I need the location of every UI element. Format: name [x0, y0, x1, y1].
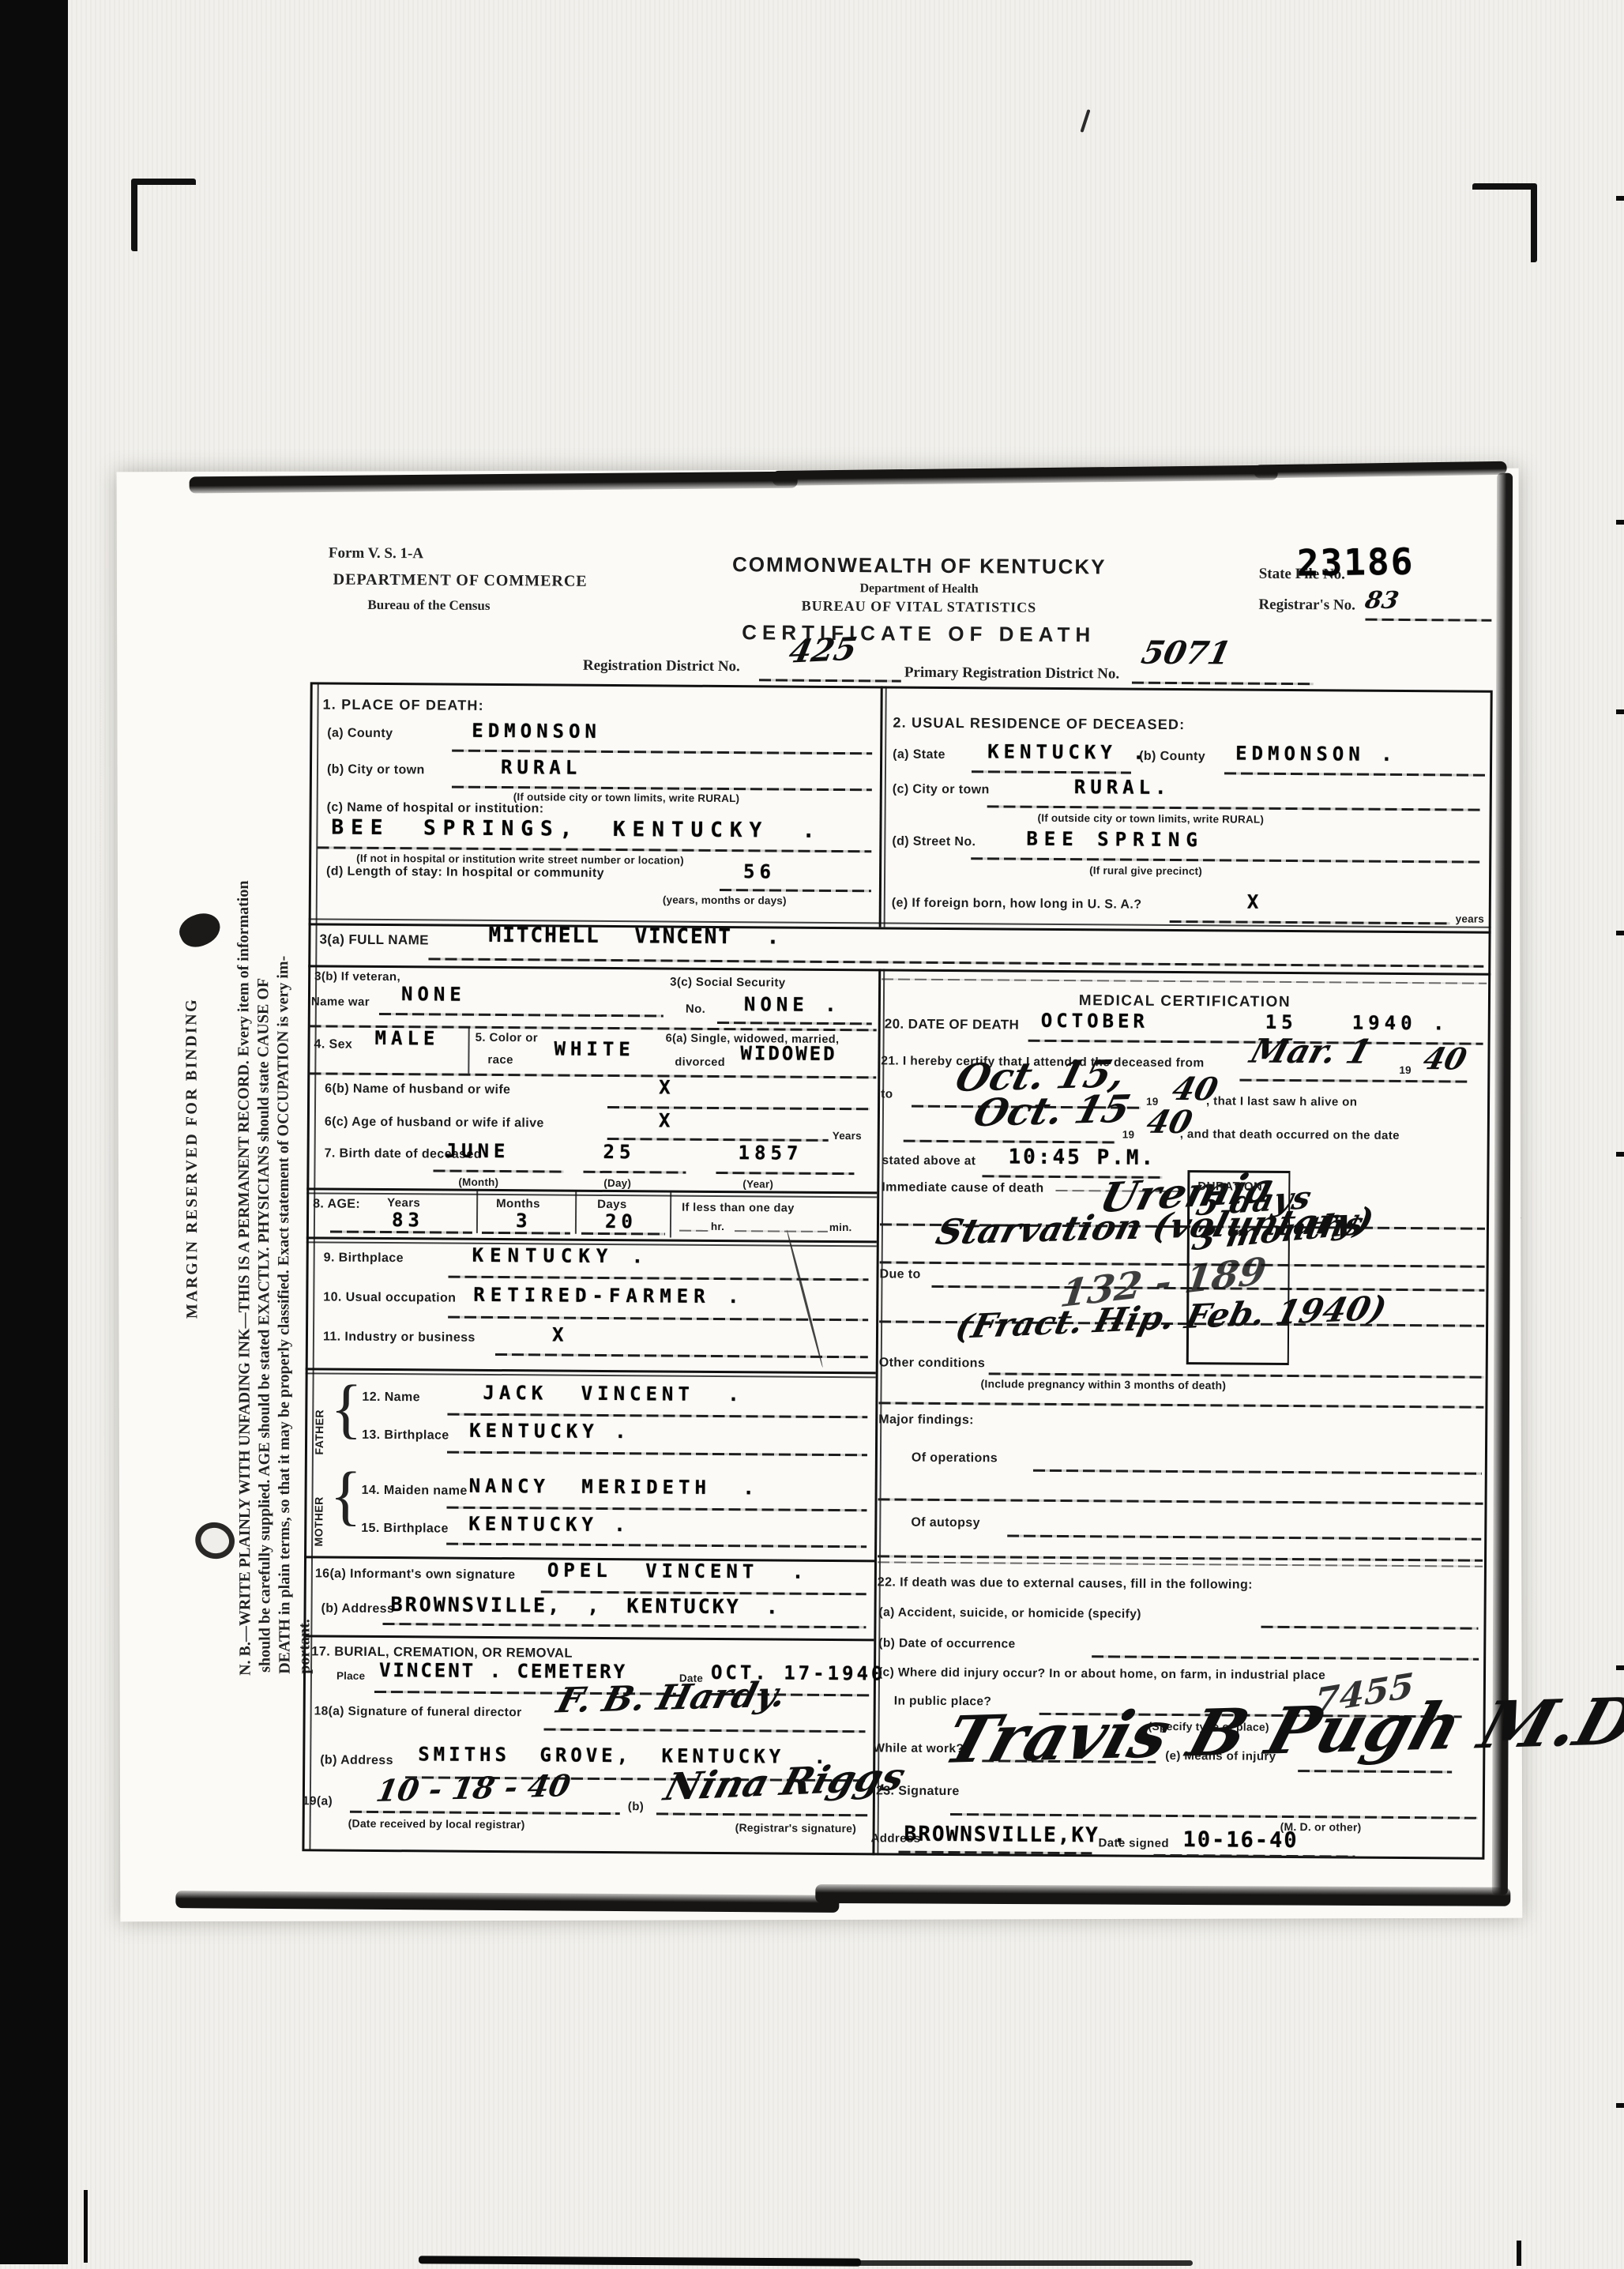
age-hr-line — [679, 1230, 709, 1232]
pod-hospital-label: (c) Name of hospital or institution: — [327, 800, 544, 816]
res-city-label: (c) City or town — [893, 782, 990, 797]
res-foreign-label: (e) If foreign born, how long in U. S. A… — [892, 896, 1142, 912]
place-of-death-title: 1. PLACE OF DEATH: — [322, 696, 483, 713]
pod-hospital-note: (If not in hospital or institution write… — [356, 852, 684, 867]
spouse-age-suffix: Years — [833, 1130, 862, 1142]
operations-label: Of operations — [912, 1451, 998, 1466]
reg-district-value: 425 — [786, 630, 860, 671]
pod-stay-value: 56 — [743, 860, 776, 882]
birth-month: JUNE — [445, 1140, 510, 1163]
res-county-label: (b) County — [1139, 750, 1205, 765]
birthplace-value: KENTUCKY . — [472, 1244, 650, 1268]
film-edge-bar-left — [0, 0, 68, 2264]
registrar-no-value: 83 — [1363, 587, 1400, 615]
color-label-2: race — [487, 1053, 513, 1067]
age-days-value: 20 — [605, 1210, 637, 1232]
informant-signature-label: 16(a) Informant's own signature — [315, 1567, 516, 1582]
father-name-value: JACK VINCENT . — [483, 1382, 743, 1405]
age-label: 8. AGE: — [313, 1197, 360, 1211]
death-time-value: 10:45 P.M. — [1008, 1146, 1156, 1170]
res-county-value: EDMONSON . — [1235, 743, 1397, 766]
age-hr-label: hr. — [711, 1221, 724, 1232]
full-name-label: 3(a) FULL NAME — [319, 931, 429, 948]
residence-title: 2. USUAL RESIDENCE OF DECEASED: — [893, 714, 1185, 733]
birth-month-note: (Month) — [458, 1176, 498, 1188]
mother-section-label: MOTHER — [312, 1469, 325, 1546]
res-city-value: RURAL. — [1074, 776, 1171, 799]
stated-label: stated above at — [882, 1153, 976, 1168]
funeral-director-label: 18(a) Signature of funeral director — [314, 1704, 522, 1720]
veteran-label-1: 3(b) If veteran, — [314, 969, 400, 984]
film-tick-bottom-left — [84, 2190, 88, 2263]
husband-label: 6(b) Name of husband or wife — [325, 1082, 510, 1097]
father-brace: { — [330, 1376, 363, 1443]
birthplace-label: 9. Birthplace — [324, 1251, 404, 1266]
certify-text-2: , that I last saw h alive on — [1206, 1094, 1357, 1108]
ssn-label-1: 3(c) Social Security — [670, 976, 786, 990]
attended-from-value: Mar. 1 — [1246, 1032, 1376, 1071]
res-state-value: KENTUCKY . — [987, 740, 1149, 763]
res-foreign-value: X — [1247, 891, 1264, 913]
external-title: 22. If death was due to external causes,… — [878, 1575, 1253, 1592]
father-name-label: 12. Name — [362, 1390, 420, 1405]
veteran-value: NONE — [401, 983, 466, 1006]
birth-year: 1857 — [739, 1142, 803, 1165]
header-dept-health: Department of Health — [675, 581, 1164, 598]
other-conditions-label: Other conditions — [879, 1356, 986, 1371]
pod-hospital-value: BEE SPRINGS, KENTUCKY . — [331, 816, 821, 843]
res-street-value: BEE SPRING — [1026, 828, 1204, 852]
film-tick-right-6 — [1616, 1665, 1624, 1670]
reg-district-line — [759, 679, 901, 682]
age-months-value: 3 — [516, 1210, 532, 1232]
pod-stay-note: (years, months or days) — [663, 894, 787, 906]
film-tick-right-5 — [1616, 1152, 1624, 1157]
autopsy-label: Of autopsy — [911, 1516, 980, 1531]
marital-label-2: divorced — [675, 1056, 725, 1069]
pod-county-label: (a) County — [327, 726, 393, 741]
color-value: WHITE — [554, 1038, 634, 1061]
scanned-death-certificate: MARGIN RESERVED FOR BINDING N. B.—WRITE … — [0, 0, 1624, 2269]
date-signed-label: Date signed — [1098, 1836, 1169, 1850]
last-seen-value: Oct. 15 — [969, 1087, 1135, 1135]
spouse-age-value: X — [659, 1109, 675, 1131]
death-month-value: OCTOBER — [1041, 1010, 1148, 1033]
primary-district-value: 5071 — [1138, 634, 1235, 672]
date-signed-value: 10-16-40 — [1182, 1827, 1298, 1853]
age-min-label: min. — [829, 1221, 852, 1233]
film-tick-right-7 — [1616, 2103, 1624, 2108]
crop-mark-top-left — [131, 179, 196, 251]
header-bureau: Bureau of the Census — [367, 597, 490, 614]
marital-value: WIDOWED — [740, 1042, 836, 1065]
res-years-suffix: years — [1456, 912, 1484, 924]
age-years-label: Years — [387, 1196, 420, 1210]
received-note: (Date received by local registrar) — [348, 1817, 525, 1831]
form-number: Form V. S. 1-A — [329, 545, 423, 563]
age-months-label: Months — [496, 1197, 540, 1210]
death-day-value: 15 — [1265, 1011, 1298, 1033]
pod-county-value: EDMONSON — [472, 720, 601, 743]
physician-signature-label: 23. Signature — [876, 1784, 960, 1799]
burial-place-value: VINCENT . CEMETERY — [379, 1659, 627, 1683]
occupation-label: 10. Usual occupation — [323, 1290, 456, 1305]
form-content: Form V. S. 1-A DEPARTMENT OF COMMERCE Bu… — [112, 466, 1524, 1925]
header-commonwealth: COMMONWEALTH OF KENTUCKY — [675, 552, 1164, 580]
informant-address-value: BROWNSVILLE, , KENTUCKY . — [391, 1593, 780, 1618]
sex-label: 4. Sex — [314, 1037, 352, 1052]
funeral-address-label: (b) Address — [320, 1753, 393, 1768]
occurrence-label: (b) Date of occurrence — [878, 1636, 1015, 1651]
death-date-label: 20. DATE OF DEATH — [885, 1016, 1020, 1033]
pod-city-label: (b) City or town — [327, 762, 425, 777]
mother-name-value: NANCY MERIDETH . — [469, 1475, 759, 1499]
age-years-value: 83 — [392, 1209, 424, 1231]
mother-birthplace-value: KENTUCKY . — [468, 1513, 630, 1536]
industry-value: X — [552, 1324, 569, 1346]
occupation-value: RETIRED-FARMER . — [473, 1284, 744, 1308]
industry-label: 11. Industry or business — [323, 1330, 476, 1345]
ssn-value: NONE . — [744, 993, 841, 1016]
pod-stay-label: (d) Length of stay: In hospital or commu… — [326, 864, 604, 880]
header-bureau-vital: BUREAU OF VITAL STATISTICS — [674, 597, 1163, 617]
film-smear-bottom-2 — [845, 2260, 1193, 2266]
birth-year-note: (Year) — [742, 1178, 773, 1190]
film-smear-bottom-1 — [419, 2256, 861, 2266]
other-conditions-note: (Include pregnancy within 3 months of de… — [981, 1377, 1227, 1391]
film-tick-right-1 — [1616, 196, 1624, 201]
stray-pen-tick-top — [1080, 109, 1090, 133]
funeral-director-signature: F. B. Hardy. — [553, 1675, 791, 1722]
film-tick-right-3 — [1616, 709, 1624, 714]
due-to-label: Due to — [879, 1267, 920, 1281]
veteran-label-2: Name war — [311, 995, 370, 1009]
certificate-paper: MARGIN RESERVED FOR BINDING N. B.—WRITE … — [117, 468, 1523, 1922]
pod-city-value: RURAL — [501, 756, 581, 779]
res-street-label: (d) Street No. — [892, 834, 976, 849]
year-printed-1: 19 — [1399, 1064, 1412, 1076]
spouse-age-label: 6(c) Age of husband or wife if alive — [325, 1115, 544, 1131]
film-tick-right-4 — [1616, 931, 1624, 935]
death-year-value: 1940 . — [1352, 1012, 1449, 1035]
registrar-sig-note: (Registrar's signature) — [735, 1821, 857, 1834]
informant-signature-value: OPEL VINCENT . — [547, 1559, 808, 1582]
primary-district-label: Primary Registration District No. — [904, 664, 1119, 683]
certify-text-3: , and that death occurred on the date — [1180, 1127, 1400, 1142]
film-tick-right-2 — [1616, 520, 1624, 525]
res-state-label: (a) State — [893, 747, 945, 762]
age-less-label: If less than one day — [682, 1202, 795, 1215]
mother-birthplace-label: 15. Birthplace — [361, 1522, 449, 1537]
res-city-note: (If outside city or town limits, write R… — [1038, 812, 1265, 826]
state-file-number: 23186 — [1296, 540, 1414, 585]
burial-place-label: Place — [336, 1670, 365, 1682]
birth-day-note: (Day) — [603, 1177, 631, 1189]
res-street-note: (If rural give precinct) — [1089, 864, 1202, 877]
father-birthplace-label: 13. Birthplace — [362, 1428, 449, 1443]
received-label: 19(a) — [303, 1794, 333, 1808]
full-name-value: MITCHELL VINCENT . — [488, 924, 780, 950]
crop-mark-top-right — [1472, 183, 1537, 262]
mother-brace: { — [329, 1463, 362, 1530]
father-section-label: FATHER — [313, 1382, 326, 1454]
header-department: DEPARTMENT OF COMMERCE — [333, 571, 588, 591]
ssn-label-2: No. — [686, 1003, 705, 1016]
pod-city-note: (If outside city or town limits, write R… — [513, 791, 740, 804]
accident-label: (a) Accident, suicide, or homicide (spec… — [878, 1605, 1141, 1621]
age-days-label: Days — [597, 1198, 627, 1211]
findings-label: Major findings: — [878, 1413, 974, 1428]
registrar-sig-label: (b) — [628, 1800, 644, 1813]
sex-value: MALE — [375, 1027, 440, 1050]
father-birthplace-value: KENTUCKY . — [469, 1420, 631, 1443]
cause-label: Immediate cause of death — [882, 1180, 1043, 1195]
year-printed-3: 19 — [1122, 1129, 1135, 1141]
registrar-no-label: Registrar's No. — [1258, 596, 1355, 615]
physician-address-value: BROWNSVILLE,KY . — [904, 1823, 1127, 1848]
registrar-no-line — [1365, 619, 1491, 622]
film-tick-bottom-right — [1517, 2241, 1521, 2266]
birth-day: 25 — [603, 1141, 636, 1163]
to-label: to — [881, 1087, 893, 1101]
primary-district-line — [1132, 682, 1314, 686]
certificate-title: CERTIFICATE OF DEATH — [674, 620, 1163, 648]
burial-title: 17. BURIAL, CREMATION, OR REMOVAL — [311, 1644, 573, 1661]
received-date-value: 10 - 18 - 40 — [374, 1767, 573, 1808]
informant-address-label: (b) Address — [321, 1601, 395, 1616]
mother-name-label: 14. Maiden name — [362, 1484, 468, 1499]
husband-value: X — [659, 1076, 675, 1098]
reg-district-label: Registration District No. — [583, 657, 740, 675]
color-label-1: 5. Color or — [476, 1031, 539, 1045]
